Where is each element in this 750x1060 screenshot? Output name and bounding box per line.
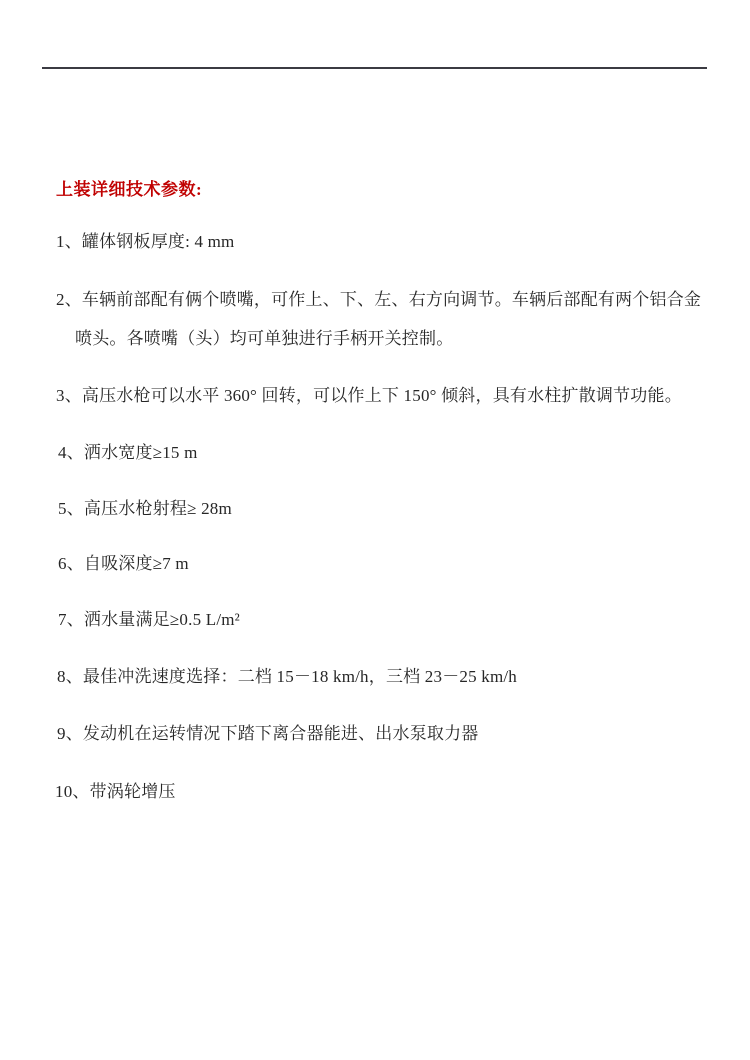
document-page: 上装详细技术参数: 1、罐体钢板厚度: 4 mm 2、车辆前部配有俩个喷嘴，可作… xyxy=(0,0,750,1060)
list-item-8: 8、最佳冲洗速度选择：二档 15－18 km/h，三档 23－25 km/h xyxy=(57,666,517,688)
list-item-5: 5、高压水枪射程≥ 28m xyxy=(58,498,232,520)
list-item-4: 4、洒水宽度≥15 m xyxy=(58,442,198,464)
list-item-7: 7、洒水量满足≥0.5 L/m² xyxy=(58,609,240,631)
list-item-9: 9、发动机在运转情况下踏下离合器能进、出水泵取力器 xyxy=(57,723,479,745)
header-divider xyxy=(42,67,707,69)
list-item-2-line-1: 2、车辆前部配有俩个喷嘴，可作上、下、左、右方向调节。车辆后部配有两个铝合金 xyxy=(56,289,701,311)
list-item-6: 6、自吸深度≥7 m xyxy=(58,553,189,575)
section-heading: 上装详细技术参数: xyxy=(56,175,202,200)
list-item-10: 10、带涡轮增压 xyxy=(55,781,176,803)
list-item-2-line-2: 喷头。各喷嘴（头）均可单独进行手柄开关控制。 xyxy=(75,328,453,350)
list-item-3: 3、高压水枪可以水平 360° 回转，可以作上下 150° 倾斜，具有水柱扩散调… xyxy=(56,385,682,407)
list-item-1: 1、罐体钢板厚度: 4 mm xyxy=(56,231,234,253)
